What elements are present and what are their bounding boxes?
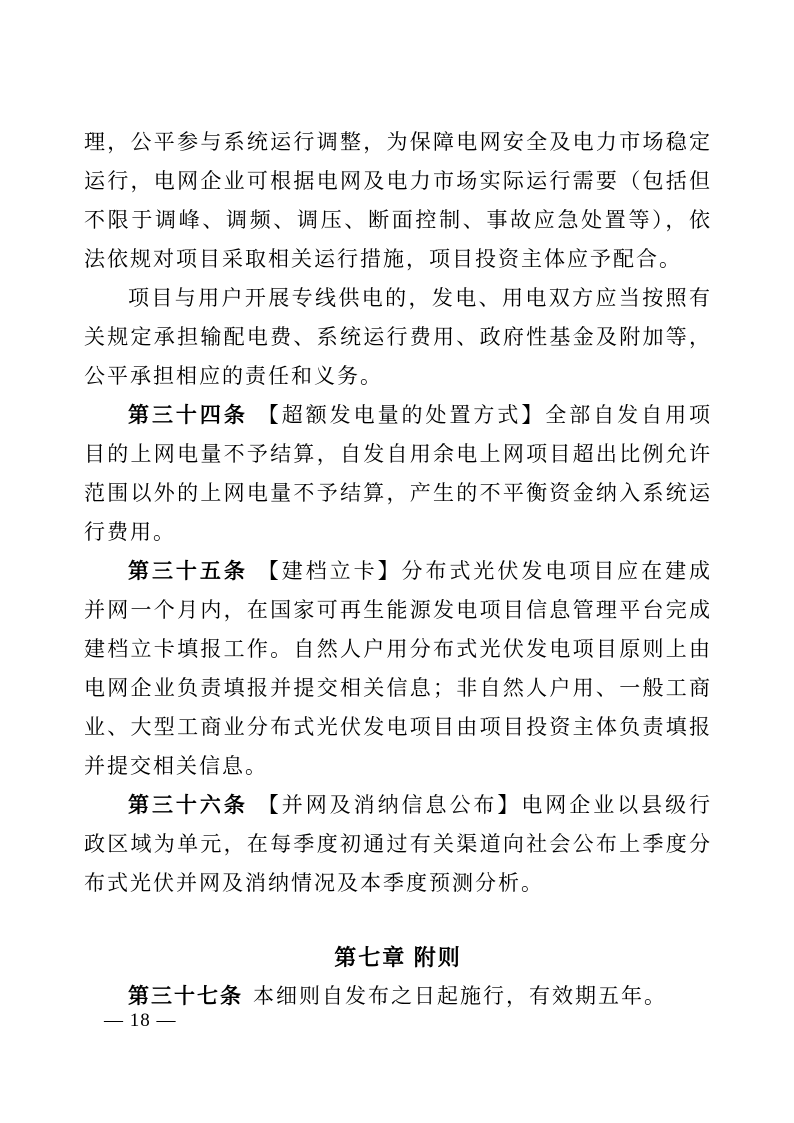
article-36-number: 第三十六条: [128, 793, 248, 817]
body-paragraph-continuation: 理，公平参与系统运行调整，为保障电网安全及电力市场稳定运行，电网企业可根据电网及…: [84, 123, 712, 279]
page-number: — 18 —: [104, 1008, 177, 1034]
chapter-heading: 第七章 附则: [84, 938, 712, 977]
article-37-number: 第三十七条: [128, 984, 243, 1008]
article-35-title: 【建档立卡】: [258, 559, 402, 583]
article-35-paragraph: 第三十五条【建档立卡】分布式光伏发电项目应在建成并网一个月内，在国家可再生能源发…: [84, 552, 712, 786]
document-page: 理，公平参与系统运行调整，为保障电网安全及电力市场稳定运行，电网企业可根据电网及…: [0, 0, 794, 1123]
article-36-title: 【并网及消纳信息公布】: [258, 793, 522, 817]
article-34-paragraph: 第三十四条【超额发电量的处置方式】全部自发自用项目的上网电量不予结算，自发自用余…: [84, 396, 712, 552]
article-34-title: 【超额发电量的处置方式】: [258, 403, 545, 427]
article-35-number: 第三十五条: [128, 559, 248, 583]
article-36-paragraph: 第三十六条【并网及消纳信息公布】电网企业以县级行政区域为单元，在每季度初通过有关…: [84, 786, 712, 903]
article-35-text: 分布式光伏发电项目应在建成并网一个月内，在国家可再生能源发电项目信息管理平台完成…: [84, 559, 712, 778]
article-37-paragraph: 第三十七条本细则自发布之日起施行，有效期五年。: [84, 977, 712, 1016]
article-34-number: 第三十四条: [128, 403, 248, 427]
article-37-text: 本细则自发布之日起施行，有效期五年。: [253, 984, 667, 1008]
document-content: 理，公平参与系统运行调整，为保障电网安全及电力市场稳定运行，电网企业可根据电网及…: [84, 123, 712, 1016]
body-paragraph: 项目与用户开展专线供电的，发电、用电双方应当按照有关规定承担输配电费、系统运行费…: [84, 279, 712, 396]
